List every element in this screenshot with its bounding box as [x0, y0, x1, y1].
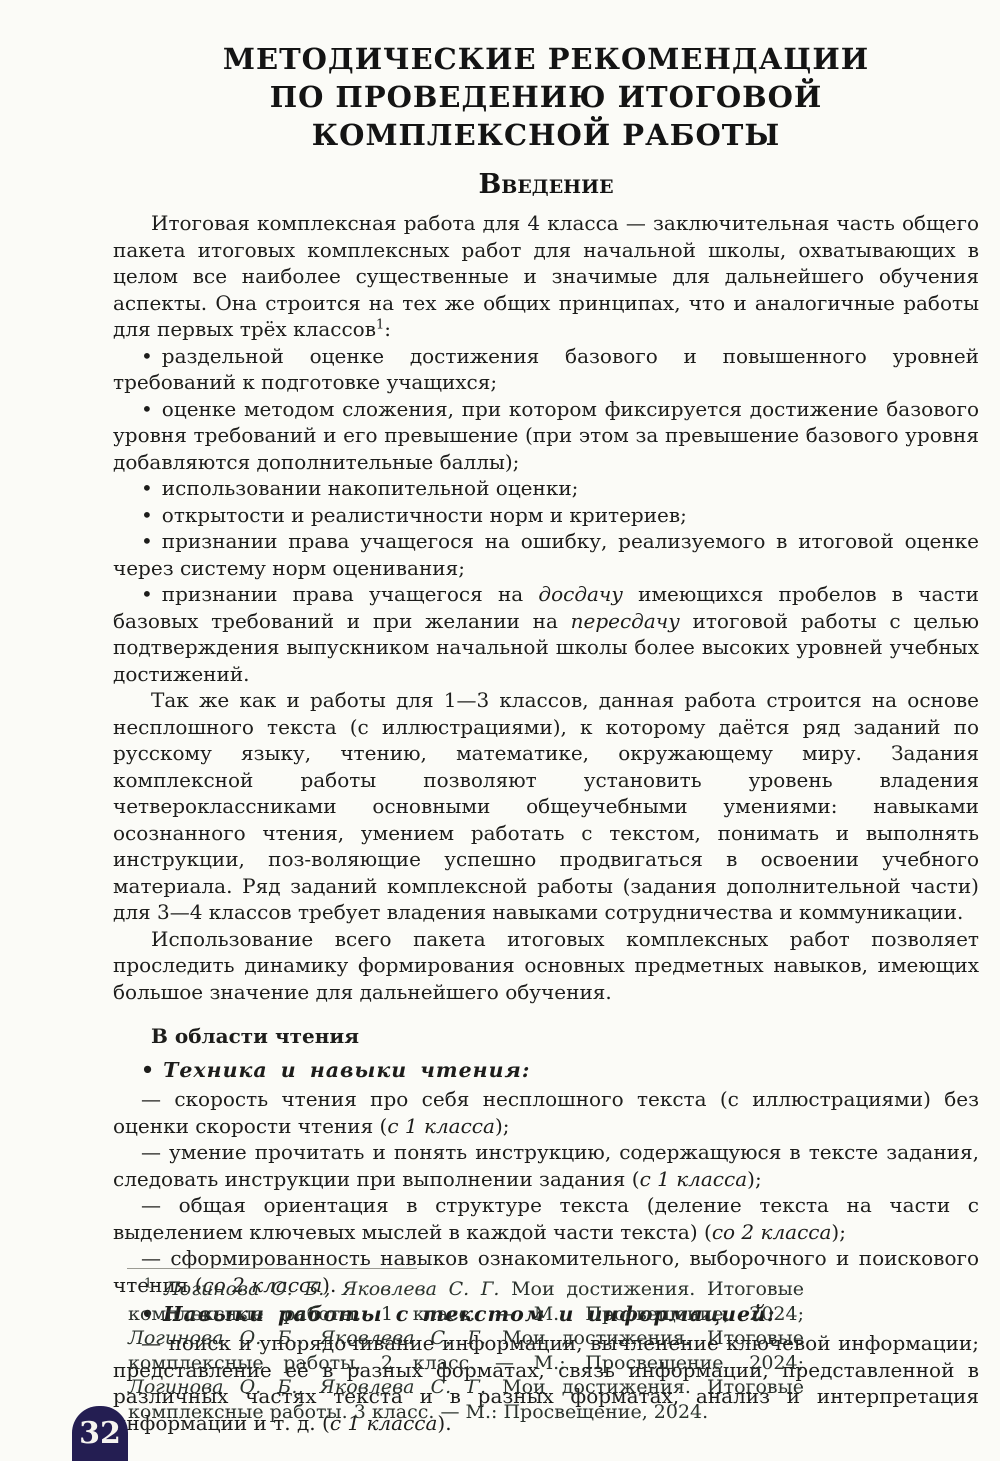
section-heading-reading: В области чтения — [113, 1023, 979, 1049]
footnote-separator — [127, 1268, 417, 1269]
principle-text: признании права учащегося на — [162, 582, 539, 606]
footnote-reference-marker: 1 — [376, 317, 384, 332]
intro-paragraph-text: Итоговая комплексная работа для 4 класса… — [113, 211, 979, 341]
bullet-icon: • — [141, 582, 153, 606]
footnote-authors-italic: Логинова О. Б., Яковлева С. Г. — [128, 1327, 486, 1349]
page-title-line-3: КОМПЛЕКСНОЙ РАБОТЫ — [113, 116, 979, 154]
skill-text: — общая ориентация в структуре текста (д… — [113, 1193, 979, 1244]
intro-heading: Введение — [113, 170, 979, 200]
principle-text: использовании накопительной оценки; — [162, 476, 579, 500]
page-title: МЕТОДИЧЕСКИЕ РЕКОМЕНДАЦИИ ПО ПРОВЕДЕНИЮ … — [113, 40, 979, 154]
skill-text: ); — [495, 1114, 510, 1138]
grade-note-italic: со 2 класса — [712, 1220, 832, 1244]
bullet-icon: • — [141, 529, 153, 553]
principle-item: •открытости и реалистичности норм и крит… — [113, 502, 979, 529]
page-number-badge: 32 — [72, 1406, 128, 1461]
bullet-icon: • — [141, 344, 153, 368]
principle-text: открытости и реалистичности норм и крите… — [162, 503, 687, 527]
reading-skill-item: — общая ориентация в структуре текста (д… — [113, 1192, 979, 1245]
principle-italic: досдачу — [538, 582, 623, 606]
principle-text: признании права учащегося на ошибку, реа… — [113, 529, 979, 580]
page-title-line-1: МЕТОДИЧЕСКИЕ РЕКОМЕНДАЦИИ — [113, 40, 979, 78]
footnote: 1 Логинова О. Б., Яковлева С. Г. Мои дос… — [128, 1277, 804, 1424]
footnote-number: 1 — [144, 1277, 152, 1292]
subsection-heading-technique: •Техника и навыки чтения: — [113, 1057, 979, 1084]
bullet-icon: • — [141, 1058, 154, 1082]
grade-note-italic: с 1 класса — [387, 1114, 495, 1138]
page-content: МЕТОДИЧЕСКИЕ РЕКОМЕНДАЦИИ ПО ПРОВЕДЕНИЮ … — [113, 40, 979, 1436]
grade-note-italic: с 1 класса — [640, 1167, 748, 1191]
skill-text: — скорость чтения про себя несплошного т… — [113, 1087, 979, 1138]
principle-italic: пересдачу — [571, 609, 680, 633]
subsection-heading-text: Техника и навыки чтения: — [163, 1058, 530, 1082]
page-number: 32 — [79, 1416, 121, 1451]
principle-item: •раздельной оценке достижения базового и… — [113, 343, 979, 396]
bullet-icon: • — [141, 476, 153, 500]
principle-text: оценке методом сложения, при котором фик… — [113, 397, 979, 474]
bullet-icon: • — [141, 503, 153, 527]
footnote-authors-italic: Логинова О. Б., Яковлева С. Г. — [164, 1278, 500, 1300]
bullet-icon: • — [141, 397, 153, 421]
paragraph-usage: Использование всего пакета итоговых комп… — [113, 926, 979, 1006]
principle-item: •признании права учащегося на ошибку, ре… — [113, 528, 979, 581]
skill-text: ); — [831, 1220, 846, 1244]
principle-item: •оценке методом сложения, при котором фи… — [113, 396, 979, 476]
page-title-line-2: ПО ПРОВЕДЕНИЮ ИТОГОВОЙ — [113, 78, 979, 116]
reading-skill-item: — умение прочитать и понять инструкцию, … — [113, 1139, 979, 1192]
intro-paragraph-colon: : — [384, 317, 391, 341]
footnote-authors-italic: Логинова О. Б., Яковлева С. Г. — [128, 1376, 486, 1398]
intro-paragraph: Итоговая комплексная работа для 4 класса… — [113, 210, 979, 343]
principle-text: раздельной оценке достижения базового и … — [113, 344, 979, 395]
skill-text: ); — [747, 1167, 762, 1191]
skill-text: — умение прочитать и понять инструкцию, … — [113, 1140, 979, 1191]
principles-list: •раздельной оценке достижения базового и… — [113, 343, 979, 688]
principle-item: •использовании накопительной оценки; — [113, 475, 979, 502]
reading-skills-list-1: — скорость чтения про себя несплошного т… — [113, 1086, 979, 1298]
reading-skill-item: — скорость чтения про себя несплошного т… — [113, 1086, 979, 1139]
principle-item: •признании права учащегося на досдачу им… — [113, 581, 979, 687]
paragraph-structure: Так же как и работы для 1—3 классов, дан… — [113, 687, 979, 926]
